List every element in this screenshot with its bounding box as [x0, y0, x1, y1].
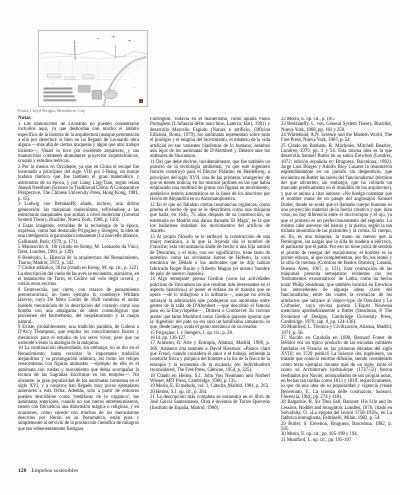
note-paragraph: 3 Ludwig von Bertalanffy añade, incluso,… [18, 202, 139, 223]
note-paragraph: 27 Nacido en Cataluña en 1698, Bernard F… [281, 336, 392, 400]
figure-caption: Frank Lloyd Wright, Broadacre City [18, 108, 158, 113]
red-corner-marker [139, 99, 143, 103]
note-paragraph: 2 Por lo menos en Occidente, ya que en C… [18, 165, 139, 202]
note-paragraph: 5 Manuscrito A, 10r (citado en Kemp, M. … [18, 245, 139, 256]
notes-heading: Notas [18, 115, 31, 121]
note-paragraph: 31 Mumford, L. op. cit., pp. 195-197. [281, 438, 392, 443]
note-paragraph: 8 Entreverada, por cierto, con retazos d… [18, 288, 139, 325]
note-paragraph: 17 Arnheim, R. Arte y Entropía, Alianza,… [150, 341, 270, 373]
note-paragraph: 9 Existe, probablemente, una tradición p… [18, 325, 139, 346]
note-paragraph: 14 Algo semejante piensa Giedion («son l… [150, 277, 270, 330]
notes-column-1: 1 Los manuscritos de Leonardo no pueden … [18, 122, 139, 460]
note-paragraph: 28 Balgarnie, R. Sir Titus Salt, Baronet… [281, 400, 392, 421]
note-paragraph: 11 Del que debe decirse, incidentalmente… [150, 160, 270, 203]
notes-column-2: Farrington. Todavía en el manierismo, co… [150, 117, 270, 460]
note-paragraph: 23 Bertalanffy, L. von, General System T… [281, 122, 392, 133]
page-number: 128 [18, 468, 26, 474]
book-page: Frank Lloyd Wright, Broadacre City Notas… [0, 0, 400, 495]
notes-column-3: 22 Morin, E. op. cit., p. 195.23 Bertala… [281, 117, 392, 460]
broadacre-city-sketch [39, 31, 147, 106]
note-paragraph: 26 Mumford, L. Técnica y Civilización, A… [281, 325, 392, 336]
note-paragraph: 24 Whitehead, A.N. Science and the Moder… [281, 133, 392, 144]
note-paragraph: 25 Citado en Banham, R. Machines, Mitche… [281, 144, 392, 326]
broadacre-city-figure [38, 30, 148, 107]
note-paragraph: 29 Butler, S. Erewhon, Bruguera, Barcelo… [281, 422, 392, 433]
note-paragraph: 21 La descripción más completa se encuen… [150, 395, 270, 411]
note-paragraph: 12 En el que no faltaban ciertas resonan… [150, 203, 270, 235]
note-paragraph: 10 La continuación desarrollada, sin emb… [18, 346, 139, 432]
note-paragraph: 19 Morin, E. El método, vol. 1, Cátedra,… [150, 384, 270, 389]
running-title: Empeños sostenibles [31, 468, 78, 474]
note-paragraph: 7 Códice atlántico, 361ra (citado en Kem… [18, 266, 139, 287]
note-paragraph: 1 Los manuscritos de Leonardo no pueden … [18, 122, 139, 165]
page-footer: 128Empeños sostenibles [18, 468, 78, 474]
note-paragraph: 6 Benévolo, L. Historia de la arquitectu… [18, 256, 139, 267]
note-paragraph: 18 Citado en Heims, S.J. John Von Neuman… [150, 374, 270, 385]
note-paragraph: Farrington. Todavía en el manierismo, co… [150, 117, 270, 160]
note-paragraph: 13 Al propio filósofo se le atribuyó la … [150, 235, 270, 278]
note-paragraph: 4 Estas imágenes, extraídas de la tecnol… [18, 224, 139, 245]
